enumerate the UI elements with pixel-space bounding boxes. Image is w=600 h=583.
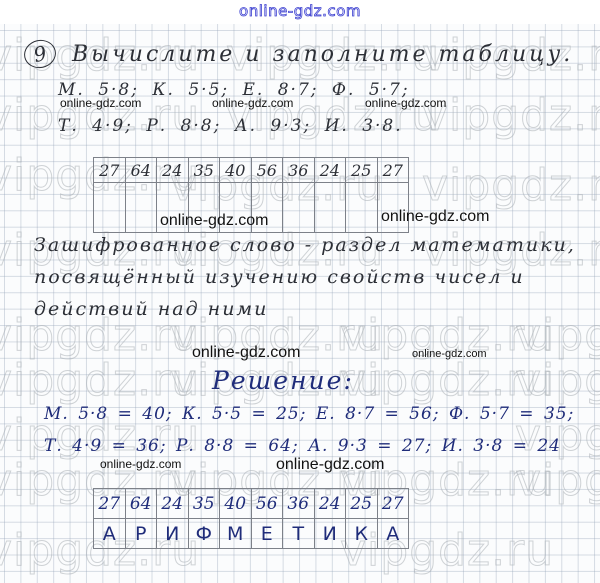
watermark-online-gdz: online-gdz.com (192, 344, 301, 362)
task-table-cell: 27 (94, 158, 126, 183)
solution-table-letter: Р (125, 519, 157, 549)
solution-table-letter: А (377, 519, 409, 549)
task-table-empty-cell (314, 183, 346, 233)
task-table-empty-cell (283, 183, 315, 233)
top-watermark: online-gdz.com (0, 2, 600, 20)
task-table-cell: 24 (314, 158, 346, 183)
solution-table-value: 27 (94, 489, 126, 519)
watermark-online-gdz: online-gdz.com (160, 212, 269, 230)
watermark-online-gdz: online-gdz.com (381, 208, 490, 226)
solution-table-value: 56 (251, 489, 283, 519)
task-table-cell: 35 (188, 158, 220, 183)
solution-table-value: 64 (125, 489, 157, 519)
watermark-online-gdz: online-gdz.com (365, 96, 446, 110)
task-table-cell: 36 (283, 158, 315, 183)
solution-table-value: 24 (314, 489, 346, 519)
task-table-cell: 56 (251, 158, 283, 183)
watermark-online-gdz: online-gdz.com (100, 457, 181, 471)
solution-table-value: 35 (188, 489, 220, 519)
task-title: Вычислите и заполните таблицу. (72, 42, 573, 67)
solution-table-value: 25 (346, 489, 378, 519)
solution-table-value: 27 (377, 489, 409, 519)
solution-table-letter: А (94, 519, 126, 549)
task-table-cell: 64 (125, 158, 157, 183)
task-table-empty-cell (346, 183, 378, 233)
task-expressions-line2: Т. 4·9; Р. 8·8; А. 9·3; И. 3·8. (58, 116, 403, 136)
task-table-cell: 40 (220, 158, 252, 183)
solution-table-letter: Ф (188, 519, 220, 549)
solution-table-value: 24 (157, 489, 189, 519)
solution-table-letter: К (346, 519, 378, 549)
solution-table-value: 36 (283, 489, 315, 519)
task-table-empty-cell (125, 183, 157, 233)
solution-heading: Решение: (212, 366, 354, 395)
task-description-line3: действий над ними (34, 298, 268, 320)
watermark-online-gdz: online-gdz.com (276, 456, 385, 474)
task-description-line1: Зашифрованное слово - раздел математики, (34, 234, 576, 256)
solution-table-letter: Е (251, 519, 283, 549)
watermark-online-gdz: online-gdz.com (412, 348, 487, 360)
solution-line2: Т. 4·9 = 36; Р. 8·8 = 64; А. 9·3 = 27; И… (44, 436, 561, 456)
task-description-line2: посвящённый изучению свойств чисел и (34, 266, 525, 288)
solution-table-letter: Т (283, 519, 315, 549)
watermark-online-gdz: online-gdz.com (60, 96, 141, 110)
task-table-cell: 24 (157, 158, 189, 183)
watermark-online-gdz: online-gdz.com (212, 96, 293, 110)
solution-table-value: 40 (220, 489, 252, 519)
solution-table: 27 64 24 35 40 56 36 24 25 27 А Р И Ф М … (93, 488, 409, 549)
task-table-empty-cell (94, 183, 126, 233)
task-table-cell: 27 (377, 158, 409, 183)
solution-table-letter: И (314, 519, 346, 549)
solution-table-letter: И (157, 519, 189, 549)
task-table-cell: 25 (346, 158, 378, 183)
solution-line1: М. 5·8 = 40; К. 5·5 = 25; Е. 8·7 = 56; Ф… (44, 404, 574, 424)
solution-table-letter: М (220, 519, 252, 549)
